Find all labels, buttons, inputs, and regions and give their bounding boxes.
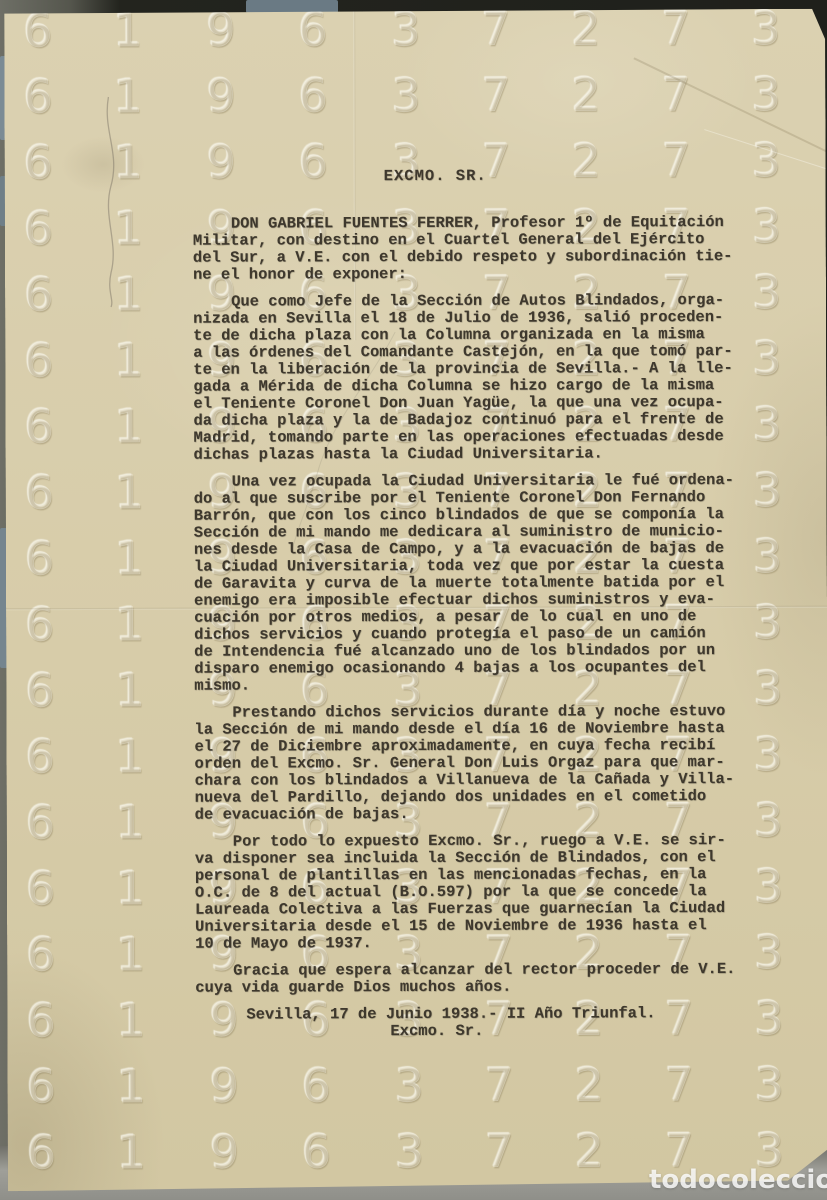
embossed-digit: 3 (751, 5, 780, 51)
embossed-digit: 3 (395, 1128, 424, 1174)
letter-body: EXCMO. SR. DON GABRIEL FUENTES FERRER, P… (193, 167, 784, 1041)
embossed-digit: 9 (209, 1063, 238, 1109)
letter-salutation: EXCMO. SR. (384, 167, 781, 185)
embossed-digit: 3 (391, 6, 420, 52)
letter-paragraph: DON GABRIEL FUENTES FERRER, Profesor 1º … (193, 214, 781, 284)
embossed-digit: 3 (751, 71, 780, 117)
embossed-digit: 3 (391, 72, 420, 118)
letter-date-line: Sevilla, 17 de Junio 1938.- II Año Triun… (246, 1005, 783, 1024)
embossed-digit: 6 (301, 1062, 330, 1108)
embossed-digit: 6 (26, 865, 55, 911)
embossed-digit: 6 (298, 72, 327, 118)
embossed-digit: 1 (113, 73, 142, 119)
embossed-digit: 1 (114, 139, 143, 185)
embossed-digit: 9 (206, 73, 235, 119)
embossed-digit: 1 (117, 1129, 146, 1175)
embossed-digit: 1 (115, 535, 144, 581)
embossed-digit: 6 (27, 1129, 56, 1175)
letter-paragraph: Gracia que espera alcanzar del rector pr… (195, 961, 783, 997)
embossed-digit: 1 (116, 1063, 145, 1109)
embossed-digit: 1 (116, 997, 145, 1043)
letter-signoff: Excmo. Sr. (390, 1022, 783, 1040)
embossed-digit: 2 (574, 1061, 603, 1107)
embossed-digit: 1 (114, 337, 143, 383)
embossed-digit: 3 (394, 1062, 423, 1108)
embossed-digit: 1 (114, 271, 143, 317)
embossed-digit: 6 (298, 6, 327, 52)
embossed-digit: 6 (26, 931, 55, 977)
embossed-digit: 1 (115, 601, 144, 647)
embossed-digit: 6 (302, 1128, 331, 1174)
embossed-digit: 6 (23, 7, 52, 53)
embossed-digit: 6 (26, 997, 55, 1043)
embossed-digit: 1 (116, 799, 145, 845)
embossed-digit: 1 (115, 733, 144, 779)
embossed-digit: 9 (206, 7, 235, 53)
embossed-digit: 1 (113, 7, 142, 53)
embossed-digit: 6 (24, 205, 53, 251)
embossed-digit: 7 (485, 1128, 514, 1174)
fold-crease-diagonal (634, 57, 827, 167)
embossed-digit: 1 (116, 865, 145, 911)
edge-fragment (246, 0, 338, 13)
embossed-digit: 1 (115, 667, 144, 713)
embossed-digit: 6 (25, 469, 54, 515)
letter-paragraph: Una vez ocupada la Ciudad Universitaria … (194, 472, 783, 695)
watermark-label: todocoleccion (649, 1165, 827, 1195)
embossed-digit: 6 (24, 403, 53, 449)
embossed-digit: 7 (481, 6, 510, 52)
embossed-digit: 1 (114, 205, 143, 251)
embossed-digit: 7 (664, 1061, 693, 1107)
embossed-digit: 6 (26, 1063, 55, 1109)
letter-paragraph: Por todo lo expuesto Excmo. Sr., ruego a… (195, 832, 783, 953)
embossed-digit: 3 (754, 1061, 783, 1107)
embossed-digit: 1 (116, 931, 145, 977)
embossed-digit: 1 (114, 403, 143, 449)
embossed-digit: 6 (24, 271, 53, 317)
embossed-digit: 6 (25, 535, 54, 581)
embossed-digit: 2 (571, 71, 600, 117)
embossed-digit: 6 (25, 601, 54, 647)
embossed-digit: 6 (24, 337, 53, 383)
embossed-digit: 9 (210, 1129, 239, 1175)
embossed-digit: 7 (661, 5, 690, 51)
embossed-digit: 7 (484, 1062, 513, 1108)
embossed-digit: 2 (571, 5, 600, 51)
document-scan: 6196372736196372736196372736196372736196… (4, 9, 827, 1192)
embossed-digit: 1 (115, 469, 144, 515)
embossed-digit: 6 (23, 73, 52, 119)
embossed-digit: 6 (26, 799, 55, 845)
letter-paragraph: Prestando dichos servicios durante día y… (194, 703, 782, 824)
embossed-digit: 6 (25, 733, 54, 779)
embossed-digit: 7 (481, 72, 510, 118)
letter-paragraph: Que como Jefe de la Sección de Autos Bli… (193, 292, 782, 464)
embossed-digit: 2 (575, 1127, 604, 1173)
embossed-digit: 7 (661, 71, 690, 117)
embossed-digit: 6 (24, 139, 53, 185)
embossed-digit: 6 (25, 667, 54, 713)
